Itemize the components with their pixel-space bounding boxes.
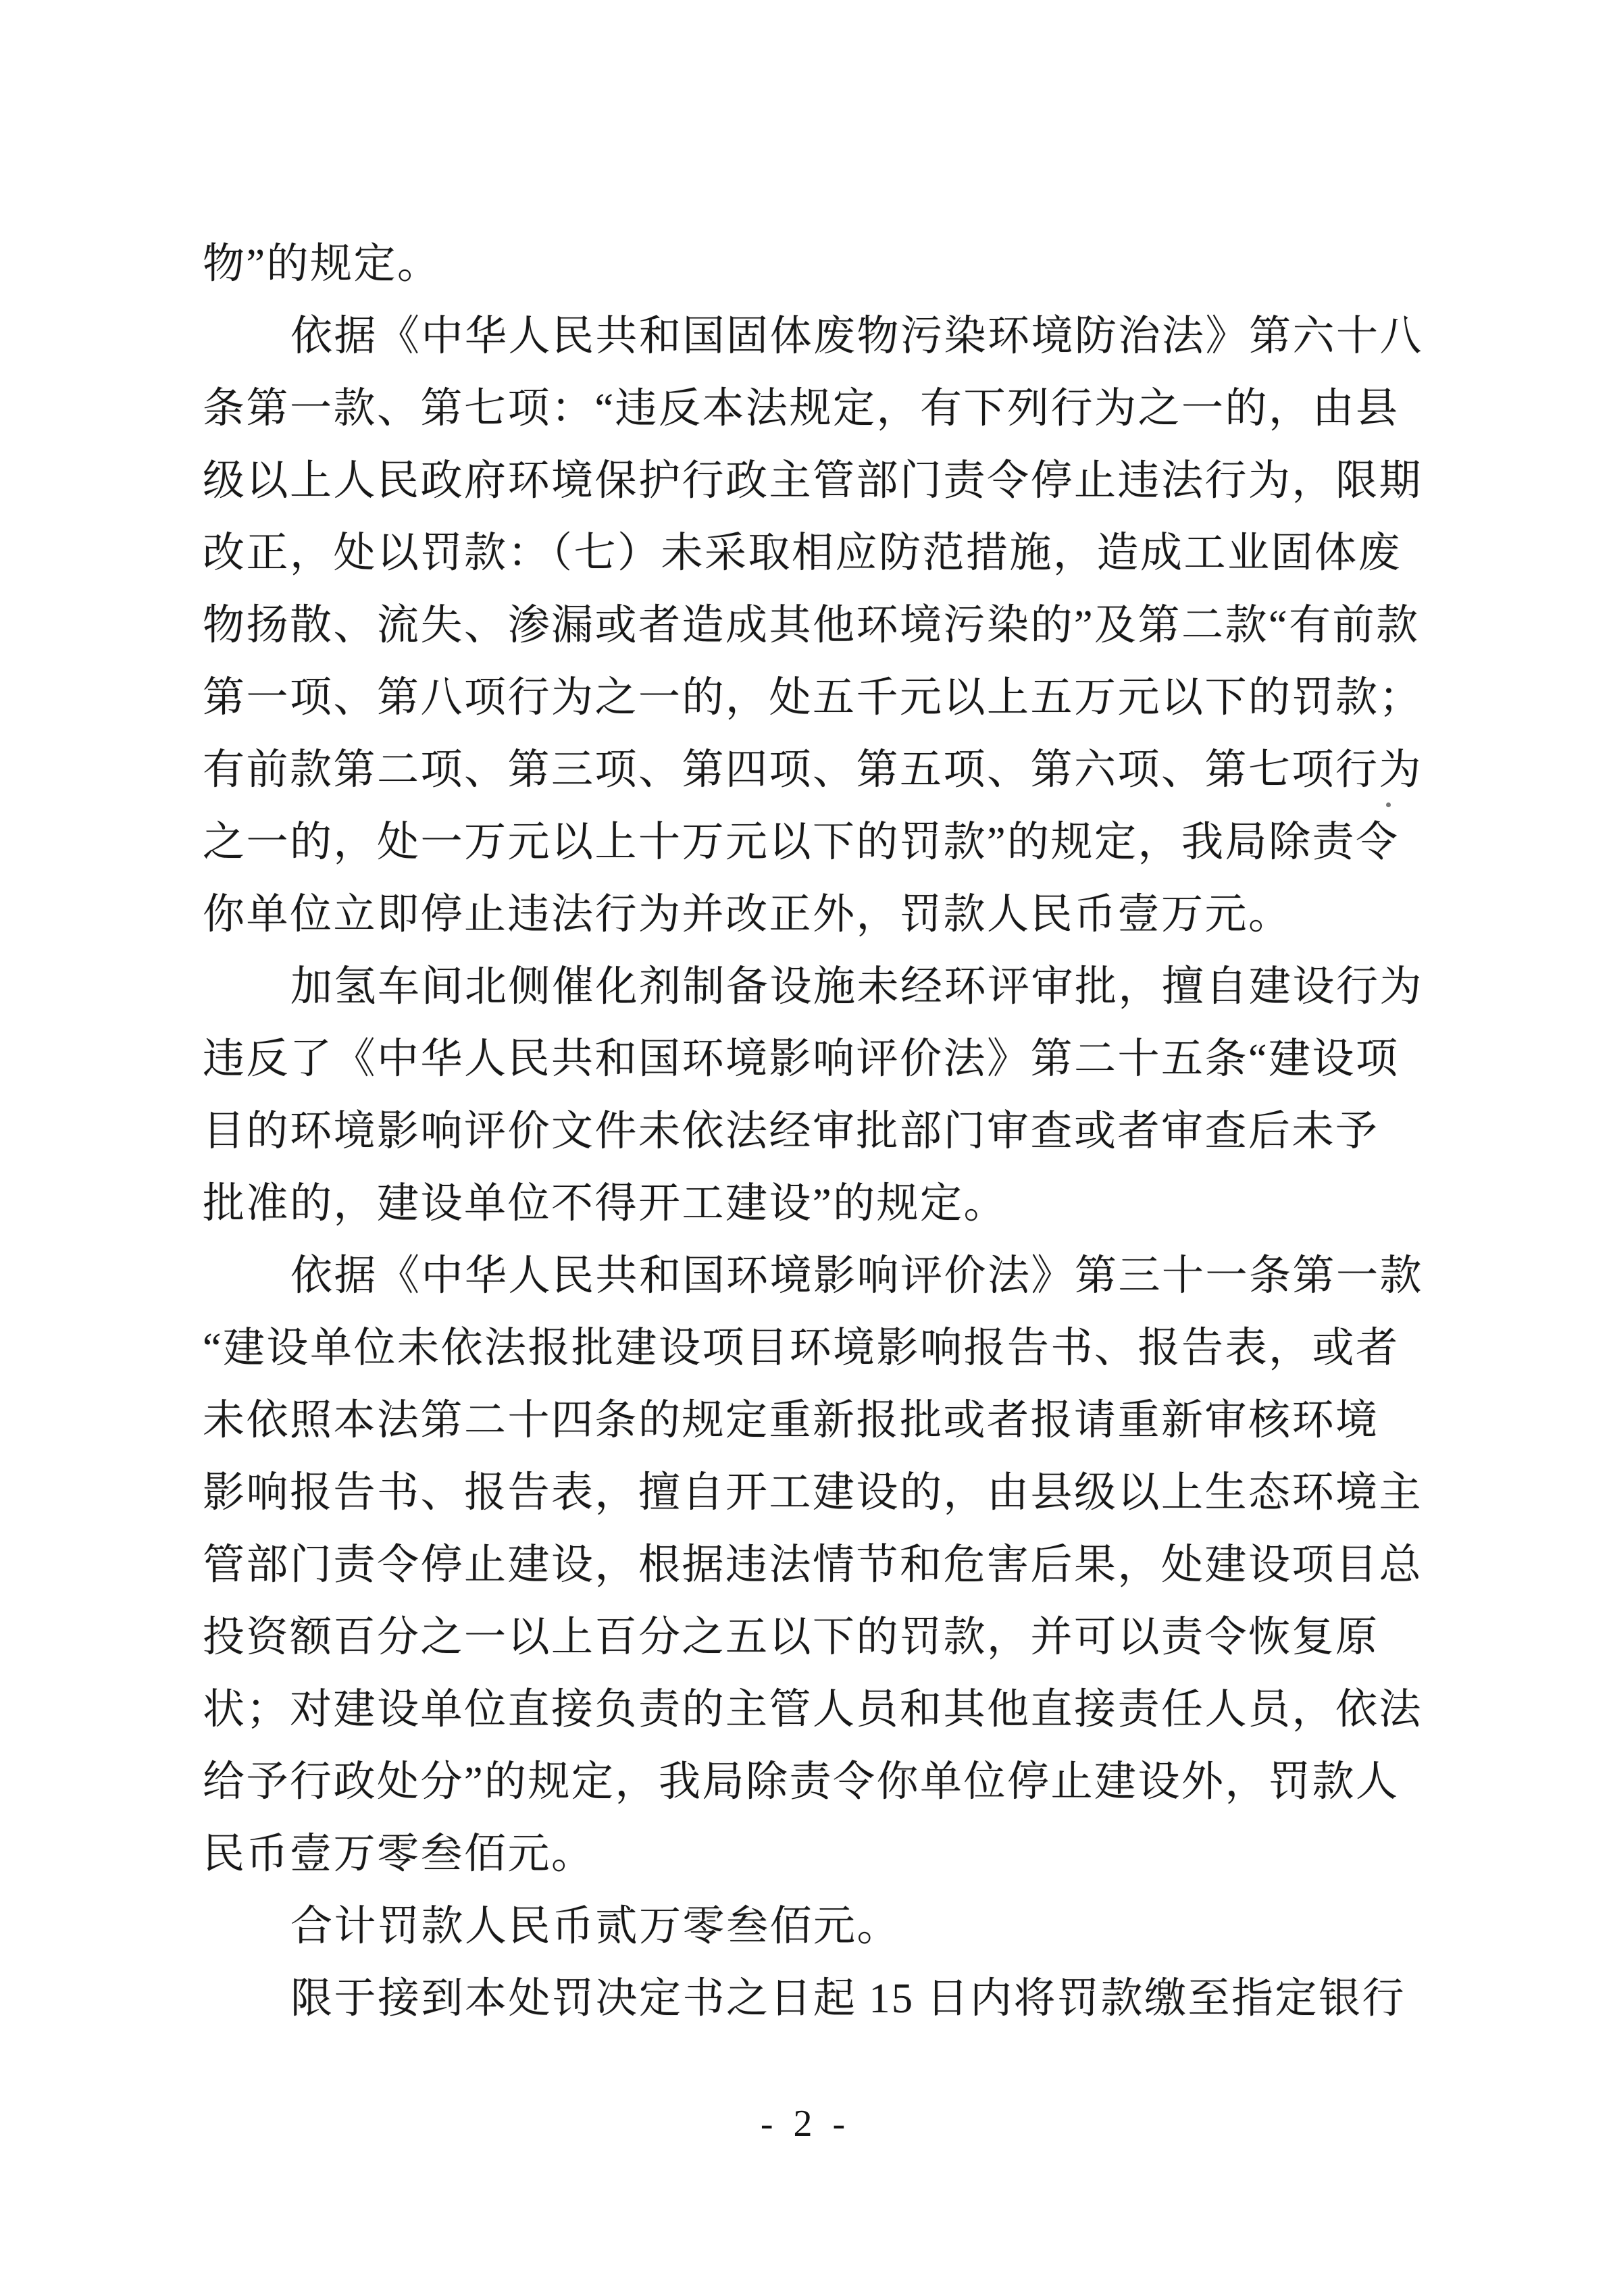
text-line: 给予行政处分”的规定，我局除责令你单位停止建设外，罚款人: [203, 1746, 1425, 1818]
text-line: 管部门责令停止建设，根据违法情节和危害后果，处建设项目总: [203, 1529, 1425, 1602]
text-line: 状；对建设单位直接负责的主管人员和其他直接责任人员，依法: [203, 1674, 1425, 1746]
text-line: “建设单位未依法报批建设项目环境影响报告书、报告表，或者: [203, 1312, 1425, 1385]
text-line: 你单位立即停止违法行为并改正外，罚款人民币壹万元。: [203, 879, 1425, 951]
scan-artifact-dot: [1386, 802, 1391, 807]
text-line: 合计罚款人民币贰万零叁佰元。: [203, 1891, 1425, 1963]
text-line: 未依照本法第二十四条的规定重新报批或者报请重新审核环境: [203, 1385, 1425, 1457]
text-line: 改正，处以罚款：（七）未采取相应防范措施，造成工业固体废: [203, 517, 1425, 590]
text-line: 依据《中华人民共和国固体废物污染环境防治法》第六十八: [203, 301, 1425, 373]
document-body: 物”的规定。依据《中华人民共和国固体废物污染环境防治法》第六十八条第一款、第七项…: [203, 228, 1425, 2035]
document-page: 物”的规定。依据《中华人民共和国固体废物污染环境防治法》第六十八条第一款、第七项…: [0, 0, 1611, 2296]
text-line: 之一的，处一万元以上十万元以下的罚款”的规定，我局除责令: [203, 807, 1425, 879]
text-line: 投资额百分之一以上百分之五以下的罚款，并可以责令恢复原: [203, 1602, 1425, 1674]
text-line: 目的环境影响评价文件未依法经审批部门审查或者审查后未予: [203, 1096, 1425, 1168]
text-line: 级以上人民政府环境保护行政主管部门责令停止违法行为，限期: [203, 445, 1425, 517]
text-line: 物”的规定。: [203, 228, 1425, 301]
text-line: 批准的，建设单位不得开工建设”的规定。: [203, 1168, 1425, 1240]
text-line: 物扬散、流失、渗漏或者造成其他环境污染的”及第二款“有前款: [203, 590, 1425, 662]
text-line: 条第一款、第七项：“违反本法规定，有下列行为之一的，由县: [203, 373, 1425, 445]
text-line: 违反了《中华人民共和国环境影响评价法》第二十五条“建设项: [203, 1023, 1425, 1096]
page-number: - 2 -: [0, 2102, 1611, 2145]
text-line: 影响报告书、报告表，擅自开工建设的，由县级以上生态环境主: [203, 1457, 1425, 1529]
text-line: 限于接到本处罚决定书之日起 15 日内将罚款缴至指定银行: [203, 1963, 1425, 2035]
text-line: 有前款第二项、第三项、第四项、第五项、第六项、第七项行为: [203, 734, 1425, 807]
text-line: 加氢车间北侧催化剂制备设施未经环评审批，擅自建设行为: [203, 951, 1425, 1023]
text-line: 依据《中华人民共和国环境影响评价法》第三十一条第一款: [203, 1240, 1425, 1312]
text-line: 民币壹万零叁佰元。: [203, 1818, 1425, 1891]
text-line: 第一项、第八项行为之一的，处五千元以上五万元以下的罚款；: [203, 662, 1425, 734]
